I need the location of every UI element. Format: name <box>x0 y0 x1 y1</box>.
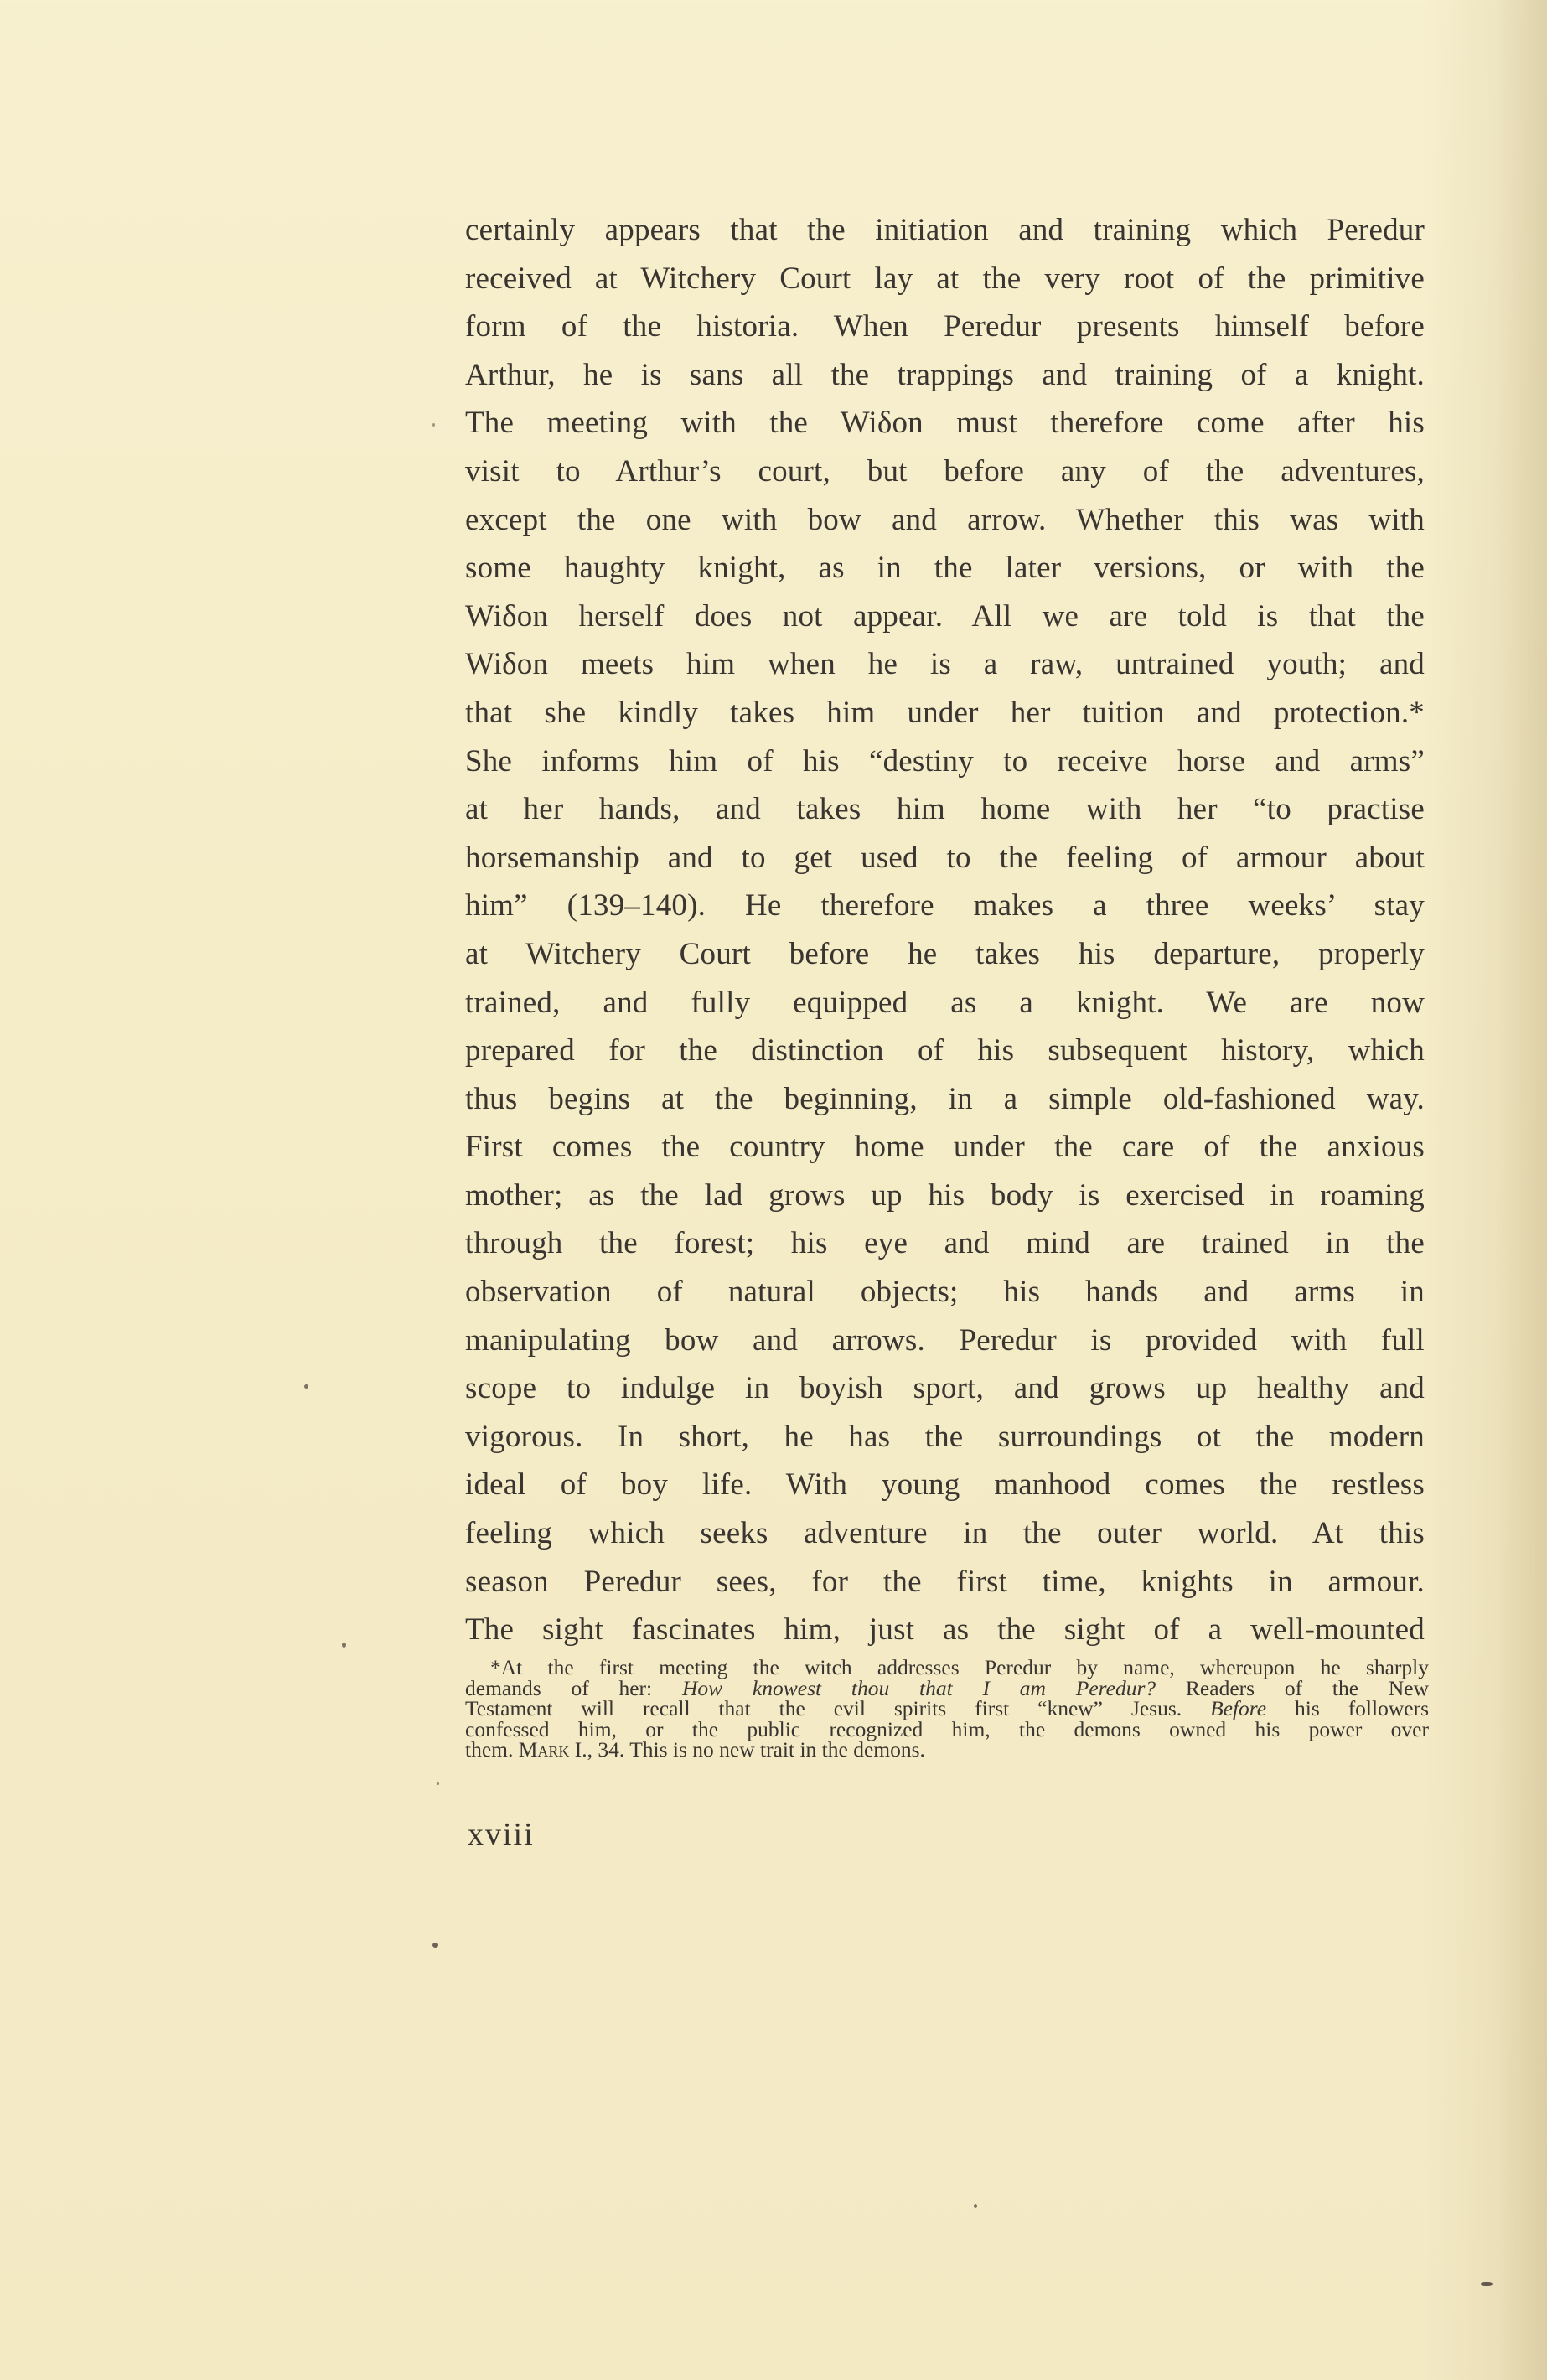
scan-speck <box>1481 2282 1493 2286</box>
footnote: *At the first meeting the witch addresse… <box>465 1658 1429 1761</box>
body-line: form of the historia. When Peredur prese… <box>465 303 1425 351</box>
body-line: certainly appears that the initiation an… <box>465 206 1425 255</box>
body-line: trained, and fully equipped as a knight.… <box>465 979 1425 1027</box>
body-line: some haughty knight, as in the later ver… <box>465 544 1425 592</box>
body-line: received at Witchery Court lay at the ve… <box>465 255 1425 303</box>
scan-speck <box>432 423 435 427</box>
body-line: at Witchery Court before he takes his de… <box>465 930 1425 979</box>
body-line: observation of natural objects; his hand… <box>465 1268 1425 1317</box>
footnote-citation: Mark I. <box>519 1737 587 1762</box>
body-line: feeling which seeks adventure in the out… <box>465 1509 1425 1558</box>
footnote-line: Testament will recall that the evil spir… <box>465 1699 1429 1720</box>
body-line: She informs him of his “destiny to recei… <box>465 737 1425 786</box>
body-line: at her hands, and takes him home with he… <box>465 785 1425 834</box>
footnote-line: them. Mark I., 34. This is no new trait … <box>465 1740 1429 1761</box>
book-page: certainly appears that the initiation an… <box>0 0 1547 2380</box>
body-line: ideal of boy life. With young manhood co… <box>465 1461 1425 1509</box>
body-line: manipulating bow and arrows. Peredur is … <box>465 1317 1425 1365</box>
body-line: The sight fascinates him, just as the si… <box>465 1606 1425 1654</box>
body-line: mother; as the lad grows up his body is … <box>465 1172 1425 1220</box>
body-line: him” (139–140). He therefore makes a thr… <box>465 882 1425 930</box>
body-line: season Peredur sees, for the first time,… <box>465 1558 1425 1606</box>
body-line: through the forest; his eye and mind are… <box>465 1219 1425 1268</box>
body-line: scope to indulge in boyish sport, and gr… <box>465 1364 1425 1413</box>
scan-speck <box>304 1384 308 1389</box>
scan-speck <box>342 1643 346 1648</box>
body-line: except the one with bow and arrow. Wheth… <box>465 496 1425 545</box>
body-line: The meeting with the Wiδon must therefor… <box>465 399 1425 448</box>
body-line: Wiδon meets him when he is a raw, untrai… <box>465 640 1425 689</box>
body-line: horsemanship and to get used to the feel… <box>465 834 1425 882</box>
body-line: prepared for the distinction of his subs… <box>465 1027 1425 1075</box>
body-line: vigorous. In short, he has the surroundi… <box>465 1413 1425 1462</box>
page-edge-shadow <box>1497 0 1547 2380</box>
body-line: visit to Arthur’s court, but before any … <box>465 448 1425 496</box>
body-line: Wiδon herself does not appear. All we ar… <box>465 592 1425 641</box>
body-line: thus begins at the beginning, in a simpl… <box>465 1075 1425 1124</box>
page-number: xviii <box>468 1816 535 1853</box>
body-line: First comes the country home under the c… <box>465 1123 1425 1172</box>
scan-speck <box>974 2204 977 2208</box>
body-line: Arthur, he is sans all the trappings and… <box>465 351 1425 400</box>
scan-speck <box>437 1782 439 1785</box>
scan-speck <box>432 1943 438 1948</box>
body-text: certainly appears that the initiation an… <box>465 206 1425 1654</box>
body-line: that she kindly takes him under her tuit… <box>465 689 1425 737</box>
